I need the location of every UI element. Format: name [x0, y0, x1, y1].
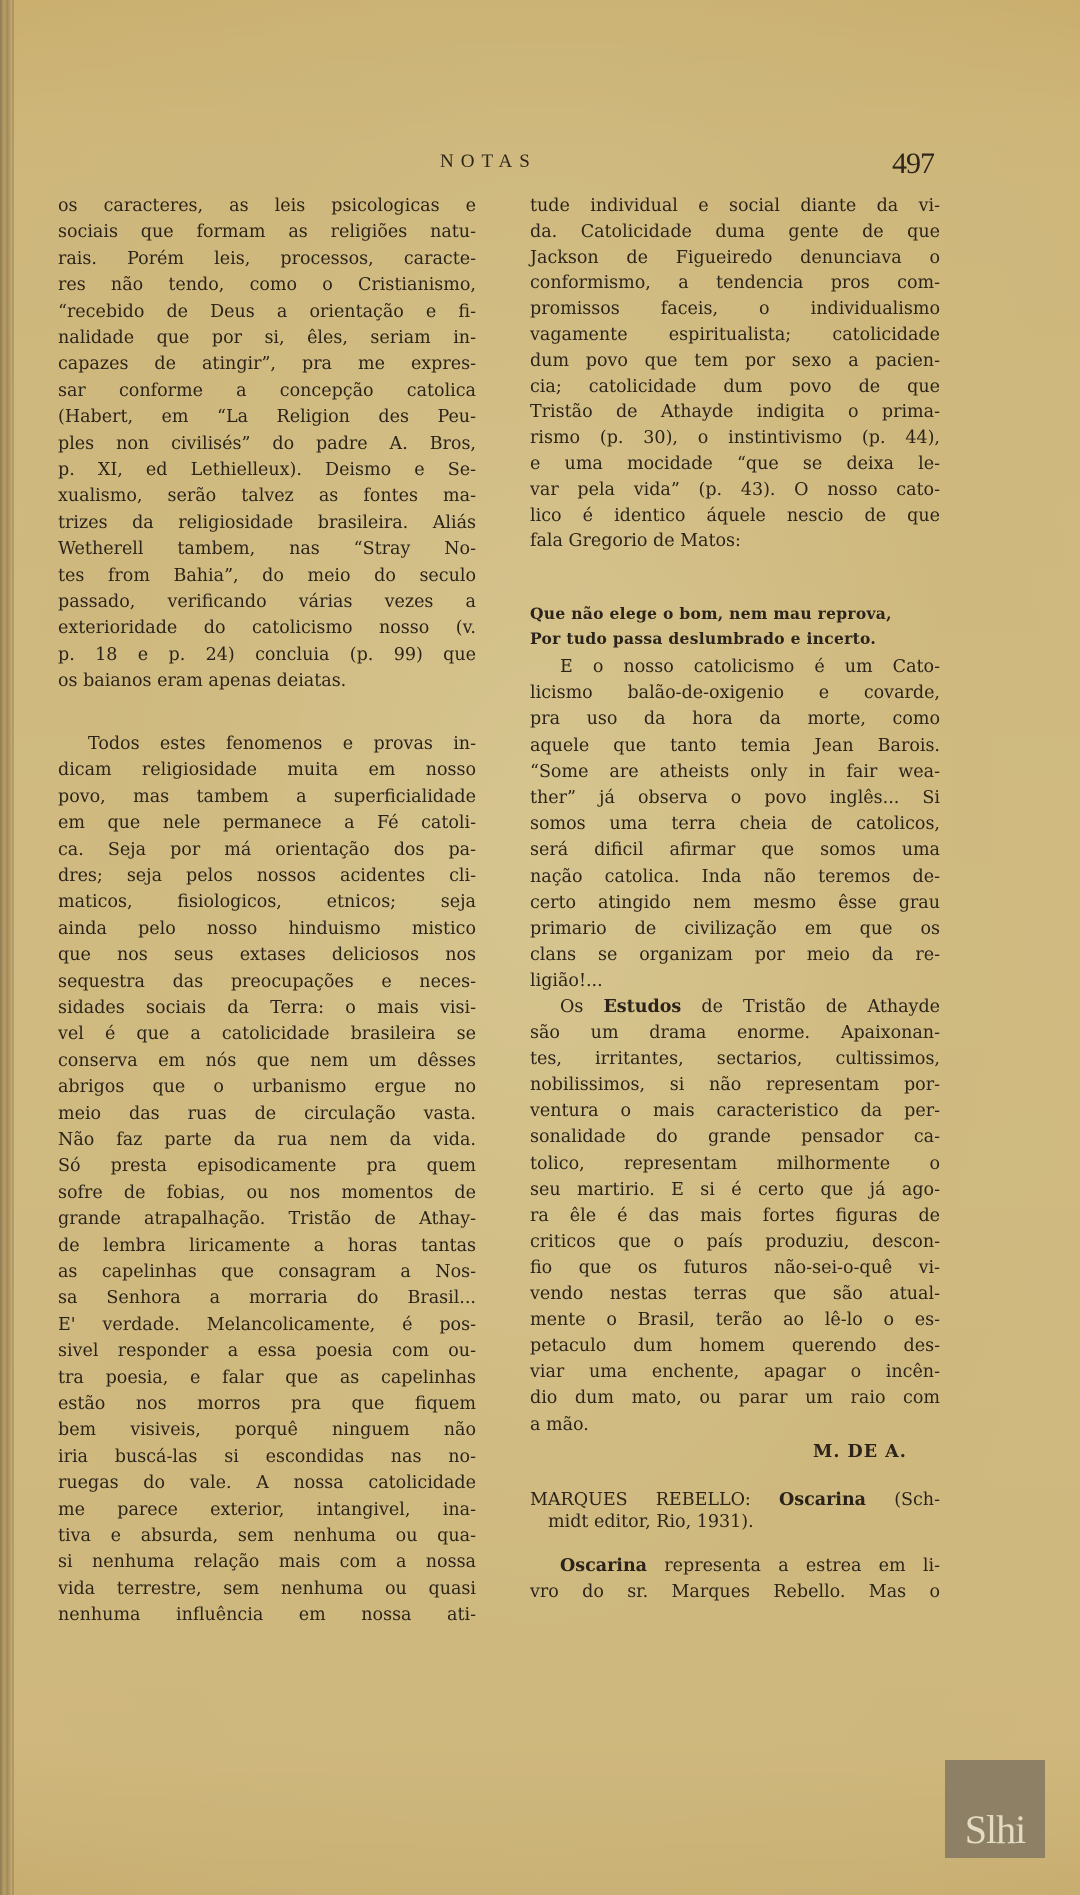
text-line: “recebido de Deus a orientação e fi-: [58, 301, 476, 323]
text-line: sar conforme a concepção catolica: [58, 380, 476, 402]
text-line: ventura o mais caracteristico da per-: [530, 1100, 940, 1122]
text-line: sidades sociais da Terra: o mais visi-: [58, 997, 476, 1019]
text-line: que nos seus extases deliciosos nos: [58, 944, 476, 966]
text-line: tes, irritantes, sectarios, cultissimos,: [530, 1048, 940, 1070]
text-line: nação catolica. Inda não teremos de-: [530, 866, 940, 888]
text-line: sonalidade do grande pensador ca-: [530, 1126, 940, 1148]
text-line: tolico, representam milhormente o: [530, 1153, 940, 1175]
text-line: nenhuma influência em nossa ati-: [58, 1604, 476, 1626]
text-line: Todos estes fenomenos e provas in-: [58, 733, 476, 755]
text-line: certo atingido nem mesmo êsse grau: [530, 892, 940, 914]
text-line: rais. Porém leis, processos, caracte-: [58, 248, 476, 270]
text-line: petaculo dum homem querendo des-: [530, 1335, 940, 1357]
text-line: sequestra das preocupações e neces-: [58, 971, 476, 993]
text-line: aquele que tanto temia Jean Barois.: [530, 735, 940, 757]
text-line: rismo (p. 30), o instintivismo (p. 44),: [530, 427, 940, 449]
text-line: viar uma enchente, apagar o incên-: [530, 1361, 940, 1383]
text-line: E o nosso catolicismo é um Cato-: [530, 656, 940, 678]
text-line: (Habert, em “La Religion des Peu-: [58, 406, 476, 428]
text-line: tes from Bahia”, do meio do seculo: [58, 565, 476, 587]
text-line: fio que os futuros não-sei-o-quê vi-: [530, 1257, 940, 1279]
text-line: Tristão de Athayde indigita o prima-: [530, 401, 940, 423]
text-line: promissos faceis, o individualismo: [530, 298, 940, 320]
text-line: “Some are atheists only in fair wea-: [530, 761, 940, 783]
review-body-line: vro do sr. Marques Rebello. Mas o: [530, 1581, 940, 1603]
text-line: a mão.: [530, 1414, 940, 1436]
text-line: estão nos morros pra que fiquem: [58, 1393, 476, 1415]
text-line: ruegas do vale. A nossa catolicidade: [58, 1472, 476, 1494]
text-line: fala Gregorio de Matos:: [530, 530, 940, 552]
text-line: as capelinhas que consagram a Nos-: [58, 1261, 476, 1283]
review-book-title: Oscarina: [779, 1490, 866, 1510]
review-entry-publisher: midt editor, Rio, 1931).: [530, 1511, 940, 1533]
text-line: iria buscá-las si escondidas nas no-: [58, 1446, 476, 1468]
text-line: pra uso da hora da morte, como: [530, 708, 940, 730]
text-line: nobilissimos, si não representam por-: [530, 1074, 940, 1096]
text-line: grande atrapalhação. Tristão de Athay-: [58, 1208, 476, 1230]
text-line: são um drama enorme. Apaixonan-: [530, 1022, 940, 1044]
text-line: maticos, fisiologicos, etnicos; seja: [58, 891, 476, 913]
text-line: tiva e absurda, sem nenhuma ou qua-: [58, 1525, 476, 1547]
author-signature: M. DE A.: [813, 1441, 907, 1463]
text-line: ra êle é das mais fortes figuras de: [530, 1205, 940, 1227]
watermark-text: Slhi: [965, 1810, 1025, 1850]
text-line: dres; seja pelos nossos acidentes cli-: [58, 865, 476, 887]
review-author: MARQUES REBELLO:: [530, 1490, 779, 1510]
text-line: nalidade que por si, êles, seriam in-: [58, 327, 476, 349]
page-gutter-line: [12, 0, 14, 1895]
text-line: si nenhuma relação mais com a nossa: [58, 1551, 476, 1573]
text-line: p. 18 e p. 24) concluia (p. 99) que: [58, 644, 476, 666]
text-line: ples non civilisés” do padre A. Bros,: [58, 433, 476, 455]
text-line: capazes de atingir”, pra me expres-: [58, 353, 476, 375]
text-line: passado, verificando várias vezes a: [58, 591, 476, 613]
text-line: primario de civilização em que os: [530, 918, 940, 940]
text-line: os caracteres, as leis psicologicas e: [58, 195, 476, 217]
text-line: somos uma terra cheia de catolicos,: [530, 813, 940, 835]
text-line: e uma mocidade “que se deixa le-: [530, 453, 940, 475]
running-head: NOTAS: [440, 151, 537, 173]
page-number: 497: [892, 147, 934, 181]
text-line: bem visiveis, porquê ninguem não: [58, 1419, 476, 1441]
text-line: vendo nestas terras que são atual-: [530, 1283, 940, 1305]
text-line: sociais que formam as religiões natu-: [58, 221, 476, 243]
text-fragment: representa a estrea em li-: [647, 1556, 940, 1576]
text-line: tra poesia, e falar que as capelinhas: [58, 1367, 476, 1389]
text-line: xualismo, serão talvez as fontes ma-: [58, 485, 476, 507]
verse-line: Por tudo passa deslumbrado e incerto.: [530, 628, 940, 650]
text-line: conformismo, a tendencia pros com-: [530, 272, 940, 294]
review-book-title: Oscarina: [560, 1556, 647, 1576]
text-line: mente o Brasil, terão ao lê-lo o es-: [530, 1309, 940, 1331]
text-line: sa Senhora a morraria do Brasil...: [58, 1287, 476, 1309]
text-line: em que nele permanece a Fé catoli-: [58, 812, 476, 834]
text-line: sivel responder a essa poesia com ou-: [58, 1340, 476, 1362]
text-line: será dificil afirmar que somos uma: [530, 839, 940, 861]
text-line: cia; catolicidade dum povo de que: [530, 376, 940, 398]
text-line: Só presta episodicamente pra quem: [58, 1155, 476, 1177]
text-line: tude individual e social diante da vi-: [530, 195, 940, 217]
text-line: ligião!...: [530, 970, 940, 992]
text-line: exterioridade do catolicismo nosso (v.: [58, 617, 476, 639]
text-line: povo, mas tambem a superficialidade: [58, 786, 476, 808]
text-fragment: (Sch-: [866, 1490, 940, 1510]
review-entry-heading: MARQUES REBELLO: Oscarina (Sch-: [530, 1489, 940, 1511]
text-line: vel é que a catolicidade brasileira se: [58, 1023, 476, 1045]
text-line: Jackson de Figueiredo denunciava o: [530, 247, 940, 269]
paragraph-first-line: Os Estudos de Tristão de Athayde: [530, 996, 940, 1018]
text-line: Wetherell tambem, nas “Stray No-: [58, 538, 476, 560]
text-line: p. XI, ed Lethielleux). Deismo e Se-: [58, 459, 476, 481]
text-line: res não tendo, como o Cristianismo,: [58, 274, 476, 296]
text-line: dum povo que tem por sexo a pacien-: [530, 350, 940, 372]
text-line: lico é identico áquele nescio de que: [530, 505, 940, 527]
text-line: dio dum mato, ou parar um raio com: [530, 1387, 940, 1409]
text-line: me parece exterior, intangivel, ina-: [58, 1499, 476, 1521]
slhi-watermark-logo: Slhi: [945, 1760, 1045, 1858]
text-line: trizes da religiosidade brasileira. Aliá…: [58, 512, 476, 534]
text-line: abrigos que o urbanismo ergue no: [58, 1076, 476, 1098]
text-line: conserva em nós que nem um dêsses: [58, 1050, 476, 1072]
text-line: E' verdade. Melancolicamente, é pos-: [58, 1314, 476, 1336]
review-body-first-line: Oscarina representa a estrea em li-: [530, 1555, 940, 1577]
text-line: Não faz parte da rua nem da vida.: [58, 1129, 476, 1151]
text-line: clans se organizam por meio da re-: [530, 944, 940, 966]
text-fragment: de Tristão de Athayde: [681, 997, 940, 1017]
text-line: dicam religiosidade muita em nosso: [58, 759, 476, 781]
text-line: vagamente espiritualista; catolicidade: [530, 324, 940, 346]
text-line: var pela vida” (p. 43). O nosso cato-: [530, 479, 940, 501]
text-line: ther” já observa o povo inglês... Si: [530, 787, 940, 809]
text-fragment: Os: [560, 997, 603, 1017]
text-line: vida terrestre, sem nenhuma ou quasi: [58, 1578, 476, 1600]
text-line: seu martirio. E si é certo que já ago-: [530, 1179, 940, 1201]
text-line: ca. Seja por má orientação dos pa-: [58, 839, 476, 861]
book-spine-edge: [0, 0, 12, 1895]
book-title-estudos: Estudos: [603, 997, 681, 1017]
text-line: licismo balão-de-oxigenio e covarde,: [530, 682, 940, 704]
text-line: sofre de fobias, ou nos momentos de: [58, 1182, 476, 1204]
text-line: de lembra liricamente a horas tantas: [58, 1235, 476, 1257]
text-line: ainda pelo nosso hinduismo mistico: [58, 918, 476, 940]
text-line: da. Catolicidade duma gente de que: [530, 221, 940, 243]
text-line: criticos que o país produziu, descon-: [530, 1231, 940, 1253]
verse-line: Que não elege o bom, nem mau reprova,: [530, 603, 940, 625]
text-line: os baianos eram apenas deiatas.: [58, 670, 476, 692]
text-line: meio das ruas de circulação vasta.: [58, 1103, 476, 1125]
